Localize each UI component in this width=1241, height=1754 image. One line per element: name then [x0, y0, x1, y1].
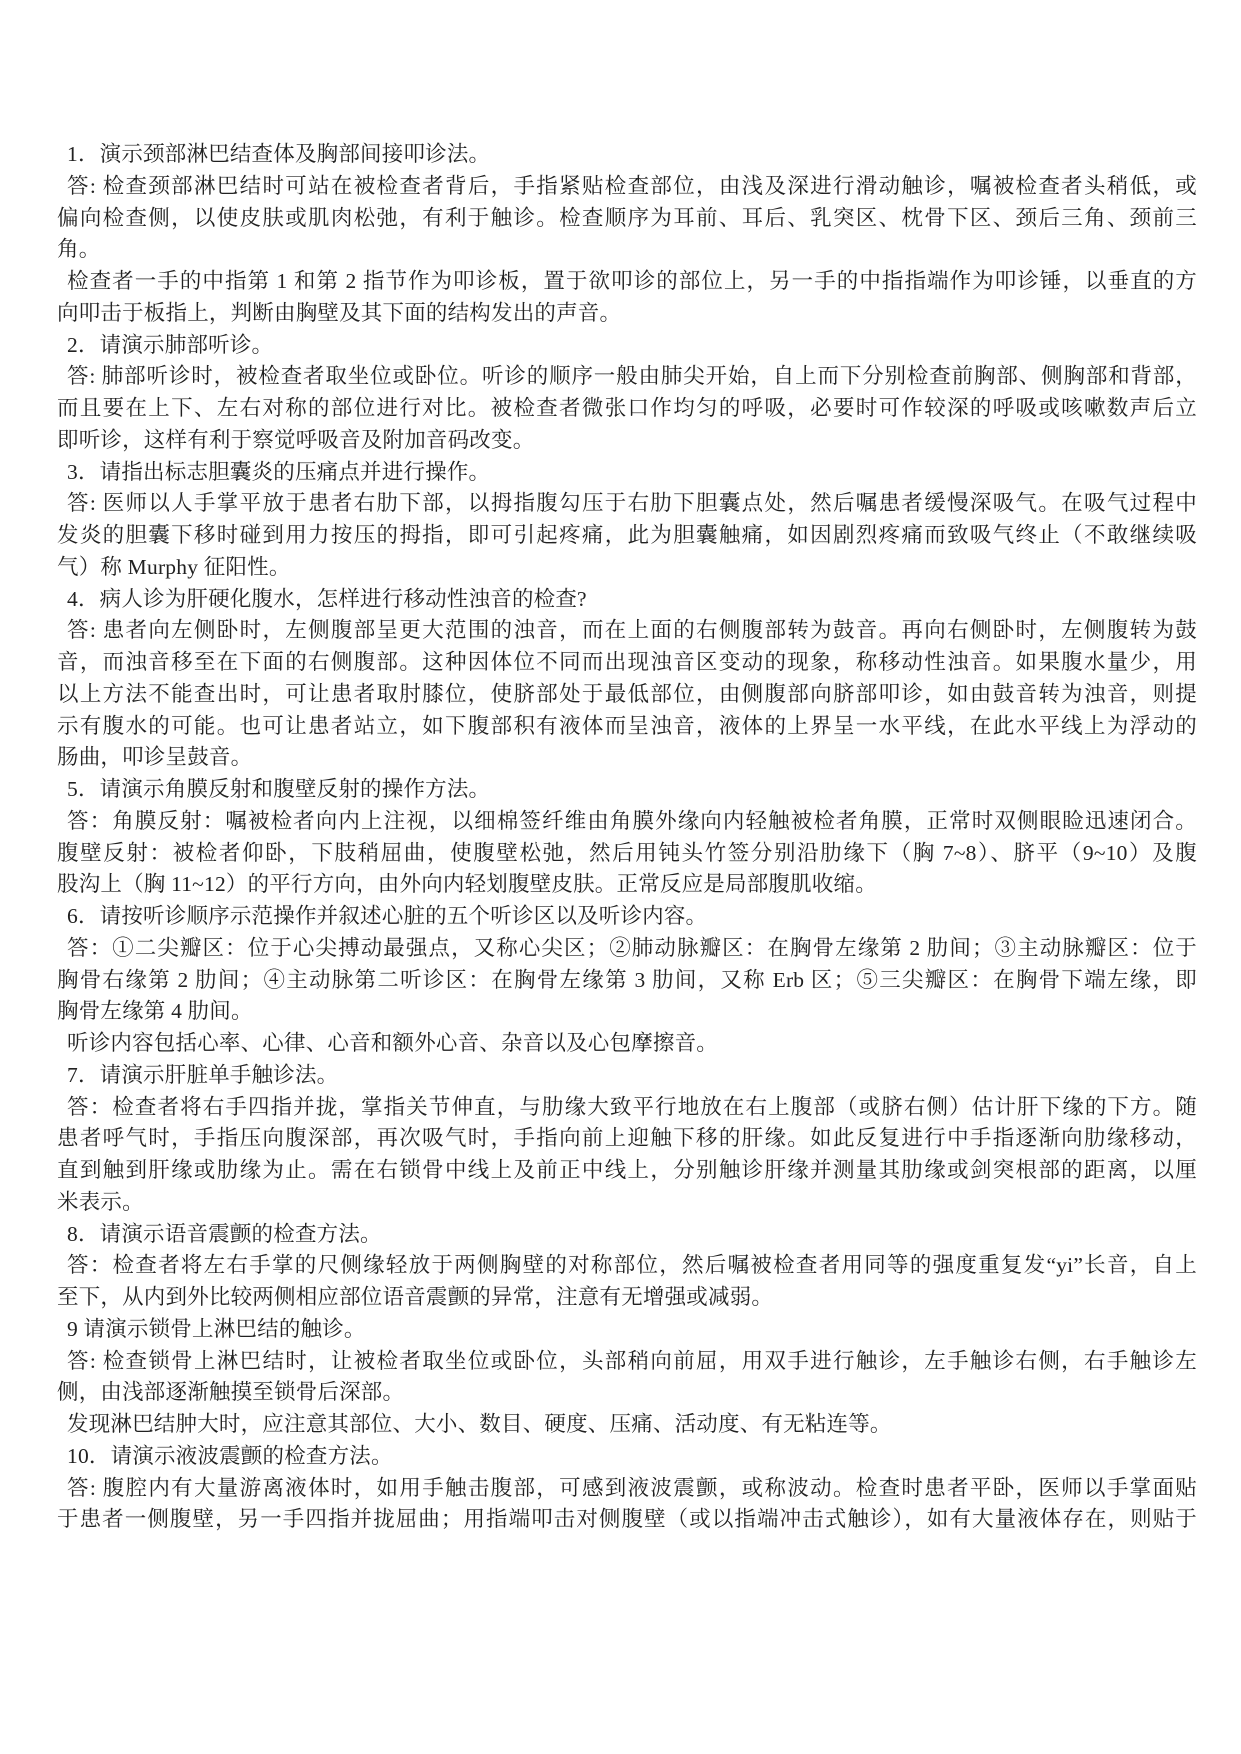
text-line: 答: 肺部听诊时，被检查者取坐位或卧位。听诊的顺序一般由肺尖开始，自上而下分别检…	[57, 361, 1197, 393]
text-line: 答：角膜反射：嘱被检者向内上注视，以细棉签纤维由角膜外缘向内轻触被检者角膜，正常…	[57, 806, 1197, 838]
text-line: 偏向检查侧，以使皮肤或肌肉松弛，有利于触诊。检查顺序为耳前、耳后、乳突区、枕骨下…	[57, 203, 1197, 235]
text-line: 答：检查者将左右手掌的尺侧缘轻放于两侧胸壁的对称部位，然后嘱被检查者用同等的强度…	[57, 1250, 1197, 1282]
text-line: 肠曲，叩诊呈鼓音。	[57, 742, 1197, 774]
document-body: 1．演示颈部淋巴结查体及胸部间接叩诊法。答: 检查颈部淋巴结时可站在被检查者背后…	[57, 139, 1197, 1536]
text-line: 答：检查者将右手四指并拢，掌指关节伸直，与肋缘大致平行地放在右上腹部（或脐右侧）…	[57, 1092, 1197, 1124]
text-line: 6．请按听诊顺序示范操作并叙述心脏的五个听诊区以及听诊内容。	[57, 901, 1197, 933]
text-line: 以上方法不能查出时，可让患者取肘膝位，使脐部处于最低部位，由侧腹部向脐部叩诊，如…	[57, 679, 1197, 711]
text-line: 5．请演示角膜反射和腹壁反射的操作方法。	[57, 774, 1197, 806]
text-line: 答: 检查颈部淋巴结时可站在被检查者背后，手指紧贴检查部位，由浅及深进行滑动触诊…	[57, 171, 1197, 203]
text-line: 示有腹水的可能。也可让患者站立，如下腹部积有液体而呈浊音，液体的上界呈一水平线，…	[57, 711, 1197, 743]
text-line: 胸骨左缘第 4 肋间。	[57, 996, 1197, 1028]
text-line: 直到触到肝缘或肋缘为止。需在右锁骨中线上及前正中线上，分别触诊肝缘并测量其肋缘或…	[57, 1155, 1197, 1187]
text-line: 患者呼气时，手指压向腹深部，再次吸气时，手指向前上迎触下移的肝缘。如此反复进行中…	[57, 1123, 1197, 1155]
text-line: 7．请演示肝脏单手触诊法。	[57, 1060, 1197, 1092]
text-line: 3．请指出标志胆囊炎的压痛点并进行操作。	[57, 457, 1197, 489]
text-line: 2．请演示肺部听诊。	[57, 330, 1197, 362]
document-page: 1．演示颈部淋巴结查体及胸部间接叩诊法。答: 检查颈部淋巴结时可站在被检查者背后…	[0, 0, 1241, 1754]
text-line: 米表示。	[57, 1187, 1197, 1219]
text-line: 腹壁反射：被检者仰卧，下肢稍屈曲，使腹壁松弛，然后用钝头竹签分别沿肋缘下（胸 7…	[57, 838, 1197, 870]
text-line: 胸骨右缘第 2 肋间；④主动脉第二听诊区：在胸骨左缘第 3 肋间，又称 Erb …	[57, 965, 1197, 997]
text-line: 音，而浊音移至在下面的右侧腹部。这种因体位不同而出现浊音区变动的现象，称移动性浊…	[57, 647, 1197, 679]
text-line: 而且要在上下、左右对称的部位进行对比。被检查者微张口作均匀的呼吸，必要时可作较深…	[57, 393, 1197, 425]
text-line: 听诊内容包括心率、心律、心音和额外心音、杂音以及心包摩擦音。	[57, 1028, 1197, 1060]
text-line: 向叩击于板指上，判断由胸壁及其下面的结构发出的声音。	[57, 298, 1197, 330]
text-line: 至下，从内到外比较两侧相应部位语音震颤的异常，注意有无增强或减弱。	[57, 1282, 1197, 1314]
text-line: 侧，由浅部逐渐触摸至锁骨后深部。	[57, 1377, 1197, 1409]
text-line: 股沟上（胸 11~12）的平行方向，由外向内轻划腹壁皮肤。正常反应是局部腹肌收缩…	[57, 869, 1197, 901]
text-line: 于患者一侧腹壁，另一手四指并拢屈曲；用指端叩击对侧腹壁（或以指端冲击式触诊），如…	[57, 1504, 1197, 1536]
text-line: 气）称 Murphy 征阳性。	[57, 552, 1197, 584]
text-line: 角。	[57, 234, 1197, 266]
text-line: 8．请演示语音震颤的检查方法。	[57, 1219, 1197, 1251]
text-line: 4．病人诊为肝硬化腹水，怎样进行移动性浊音的检查?	[57, 584, 1197, 616]
text-line: 检查者一手的中指第 1 和第 2 指节作为叩诊板，置于欲叩诊的部位上，另一手的中…	[57, 266, 1197, 298]
text-line: 答: 腹腔内有大量游离液体时，如用手触击腹部，可感到液波震颤，或称波动。检查时患…	[57, 1473, 1197, 1505]
text-line: 发现淋巴结肿大时，应注意其部位、大小、数目、硬度、压痛、活动度、有无粘连等。	[57, 1409, 1197, 1441]
text-line: 即听诊，这样有利于察觉呼吸音及附加音码改变。	[57, 425, 1197, 457]
text-line: 答：①二尖瓣区：位于心尖搏动最强点，又称心尖区；②肺动脉瓣区：在胸骨左缘第 2 …	[57, 933, 1197, 965]
text-line: 答: 检查锁骨上淋巴结时，让被检者取坐位或卧位，头部稍向前屈，用双手进行触诊，左…	[57, 1346, 1197, 1378]
text-line: 发炎的胆囊下移时碰到用力按压的拇指，即可引起疼痛，此为胆囊触痛，如因剧烈疼痛而致…	[57, 520, 1197, 552]
text-line: 1．演示颈部淋巴结查体及胸部间接叩诊法。	[57, 139, 1197, 171]
text-line: 答: 医师以人手掌平放于患者右肋下部，以拇指腹勾压于右肋下胆囊点处，然后嘱患者缓…	[57, 488, 1197, 520]
text-line: 答: 患者向左侧卧时，左侧腹部呈更大范围的浊音，而在上面的右侧腹部转为鼓音。再向…	[57, 615, 1197, 647]
text-line: 10．请演示液波震颤的检查方法。	[57, 1441, 1197, 1473]
text-line: 9 请演示锁骨上淋巴结的触诊。	[57, 1314, 1197, 1346]
